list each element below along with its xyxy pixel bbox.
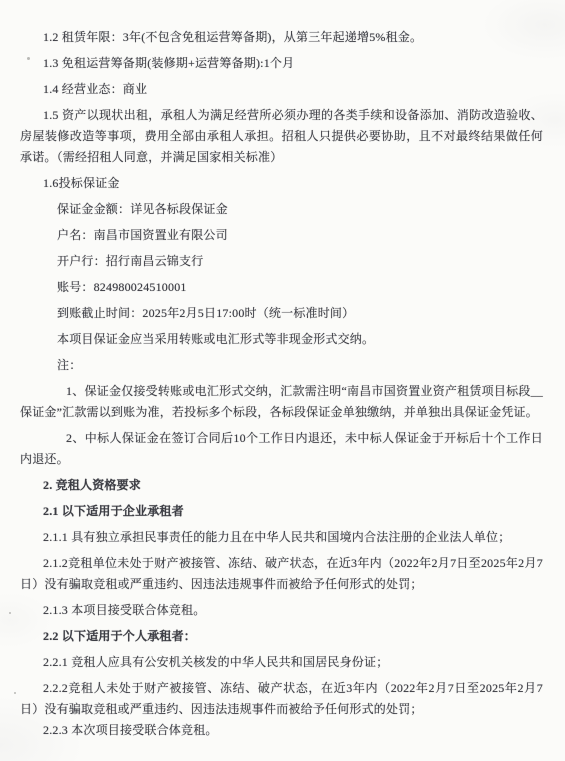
- heading-2-2-individual: 2.2 以下适用于个人承租者：: [20, 626, 543, 647]
- note-item-1: 1、保证金仅接受转账或电汇形式交纳，汇款需注明“南昌市国资置业资产租赁项目标段_…: [20, 381, 543, 423]
- note-item-2: 2、中标人保证金在签订合同后10个工作日内退还，未中标人保证金于开标后十个工作日…: [20, 428, 543, 470]
- payment-form-line: 本项目保证金应当采用转账或电汇形式等非现金形式交纳。: [20, 329, 543, 350]
- clause-2-2-2: 2.2.2竞租人未处于财产被接管、冻结、破产状态，在近3年内（2022年2月7日…: [20, 678, 543, 720]
- clause-1-3-rent-free-period: 1.3 免租运营筹备期(装修期+运营筹备期):1个月: [20, 53, 543, 74]
- document-page: 1.2 租赁年限：3年(不包含免租运营筹备期)，从第三年起递增5%租金。 1.3…: [0, 0, 565, 761]
- heading-2-1-enterprise: 2.1 以下适用于企业承租者: [20, 501, 543, 522]
- clause-2-1-2: 2.1.2竞租单位未处于财产被接管、冻结、破产状态，在近3年内（2022年2月7…: [20, 553, 543, 595]
- deposit-amount-line: 保证金金额：详见各标段保证金: [20, 199, 543, 220]
- clause-2-2-1: 2.2.1 竞租人应具有公安机关核发的中华人民共和国居民身份证；: [20, 652, 543, 673]
- account-number-line: 账号：824980024510001: [20, 277, 543, 298]
- clause-2-1-3: 2.1.3 本项目接受联合体竞租。: [20, 600, 543, 621]
- clause-1-4-business-type: 1.4 经营业态：商业: [20, 79, 543, 100]
- clause-1-5-as-is-lease: 1.5 资产以现状出租，承租人为满足经营所必须办理的各类手续和设备添加、消防改造…: [20, 105, 543, 168]
- clause-2-2-3: 2.2.3 本次项目接受联合体竞租。: [20, 720, 543, 741]
- note-label: 注：: [20, 355, 543, 376]
- scan-speck: [14, 692, 16, 694]
- bank-branch-line: 开户行：招行南昌云锦支行: [20, 251, 543, 272]
- heading-2-qualification: 2. 竞租人资格要求: [20, 475, 543, 496]
- clause-2-1-1: 2.1.1 具有独立承担民事责任的能力且在中华人民共和国境内合法注册的企业法人单…: [20, 527, 543, 548]
- clause-1-2-lease-term: 1.2 租赁年限：3年(不包含免租运营筹备期)，从第三年起递增5%租金。: [20, 27, 543, 48]
- account-name-line: 户名：南昌市国资置业有限公司: [20, 225, 543, 246]
- clause-1-6-bid-deposit-title: 1.6投标保证金: [20, 173, 543, 194]
- scan-speck: [9, 612, 11, 614]
- deposit-deadline-line: 到账截止时间：2025年2月5日17:00时（统一标准时间）: [20, 303, 543, 324]
